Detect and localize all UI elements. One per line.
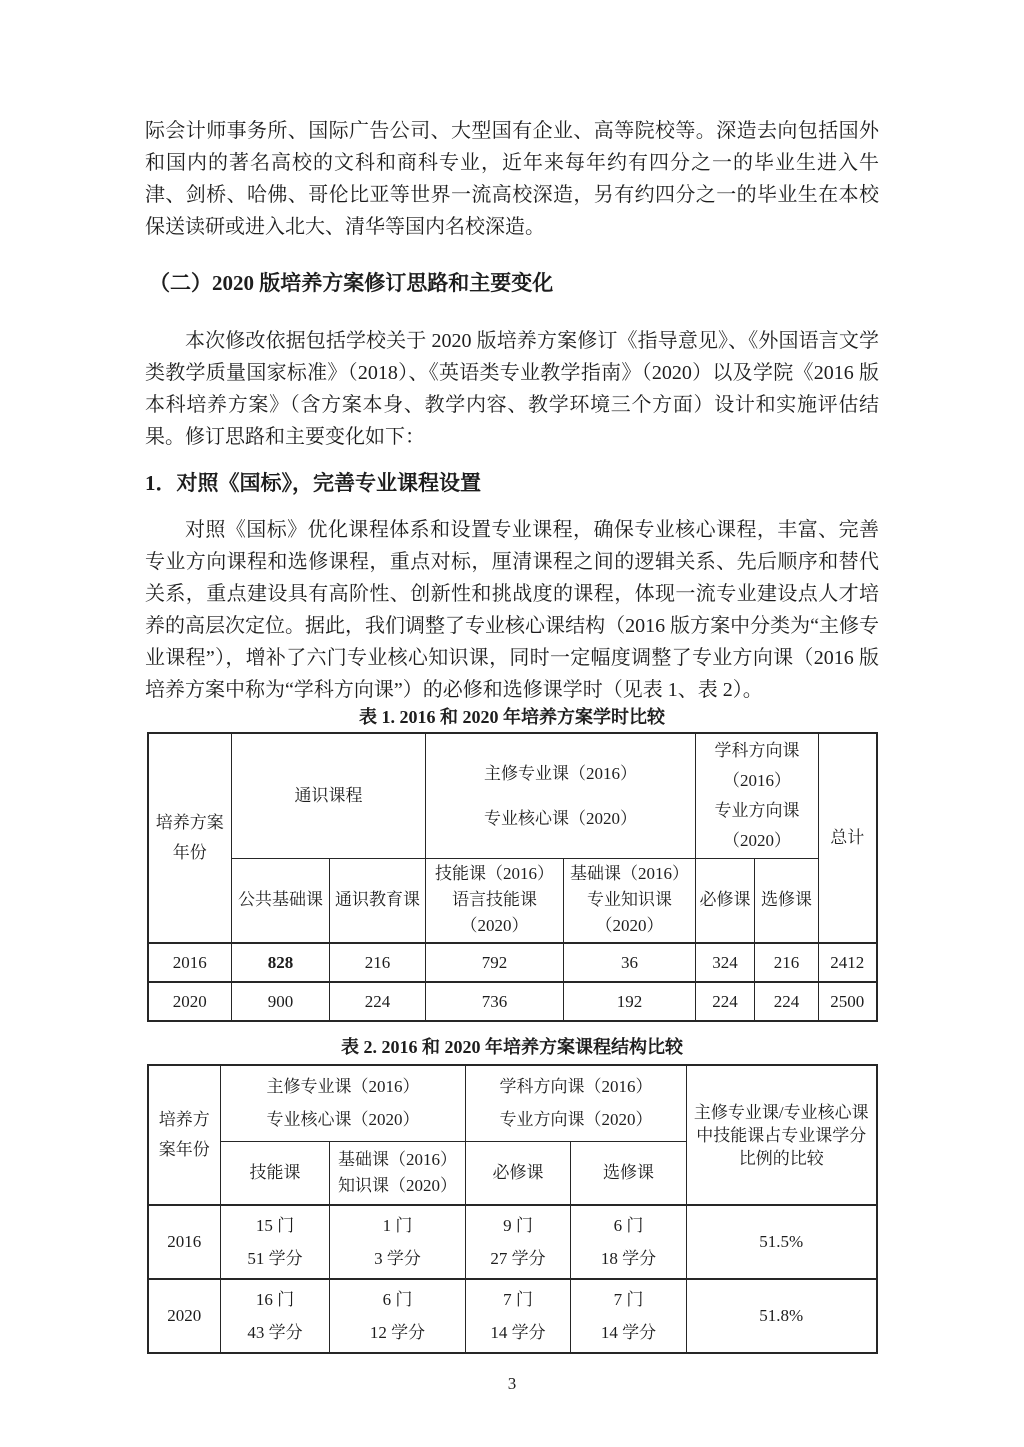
paragraph-revision-basis: 本次修改依据包括学校关于 2020 版培养方案修订《指导意见》、《外国语言文学类… <box>145 325 879 453</box>
table-cell: 51.8% <box>687 1279 877 1353</box>
table2-structure-comparison: 培养方 案年份 主修专业课（2016） 专业核心课（2020） 学科方向课（20… <box>147 1064 878 1354</box>
table-cell: 900 <box>232 982 330 1021</box>
subsection-heading: 1．对照《国标》，完善专业课程设置 <box>145 468 879 498</box>
table-cell: 6 门 18 学分 <box>571 1205 687 1279</box>
table-cell: 16 门 43 学分 <box>221 1279 330 1353</box>
table1-hours-comparison: 培养方案 年份 通识课程 主修专业课（2016） 专业核心课（2020） 学科方… <box>147 732 878 1022</box>
table1-header-general-edu: 通识教育课 <box>330 858 426 943</box>
table2-header-skill: 技能课 <box>221 1141 330 1205</box>
table-cell: 216 <box>330 943 426 982</box>
page-number: 3 <box>145 1374 879 1394</box>
table-cell: 6 门 12 学分 <box>330 1279 466 1353</box>
table-cell: 2016 <box>148 1205 221 1279</box>
table1-header-foundation: 基础课（2016） 专业知识课 （2020） <box>564 858 696 943</box>
table2-header-required: 必修课 <box>466 1141 571 1205</box>
table-cell: 7 门 14 学分 <box>466 1279 571 1353</box>
table1-header-skill: 技能课（2016） 语言技能课 （2020） <box>426 858 564 943</box>
table2-header-foundation: 基础课（2016） 知识课（2020） <box>330 1141 466 1205</box>
table-cell: 2020 <box>148 982 232 1021</box>
table2-header-year: 培养方 案年份 <box>148 1065 221 1205</box>
table2-header-direction-group: 学科方向课（2016） 专业方向课（2020） <box>466 1065 687 1141</box>
table-cell: 7 门 14 学分 <box>571 1279 687 1353</box>
table-cell: 1 门 3 学分 <box>330 1205 466 1279</box>
table1-header-public-basic: 公共基础课 <box>232 858 330 943</box>
table1-header-general-group: 通识课程 <box>232 733 426 858</box>
table-cell: 192 <box>564 982 696 1021</box>
paragraph-continuation: 际会计师事务所、国际广告公司、大型国有企业、高等院校等。深造去向包括国外和国内的… <box>145 115 879 243</box>
table1-caption: 表 1. 2016 和 2020 年培养方案学时比较 <box>145 706 879 728</box>
table2-header-ratio: 主修专业课/专业核心课 中技能课占专业课学分 比例的比较 <box>687 1065 877 1205</box>
table-cell: 51.5% <box>687 1205 877 1279</box>
table-cell: 224 <box>330 982 426 1021</box>
table1-header-major-group: 主修专业课（2016） 专业核心课（2020） <box>426 733 696 858</box>
table-row: 2016 15 门 51 学分 1 门 3 学分 9 门 27 学分 6 门 1… <box>148 1205 877 1279</box>
table2-caption: 表 2. 2016 和 2020 年培养方案课程结构比较 <box>145 1036 879 1058</box>
table1-header-elective: 选修课 <box>755 858 819 943</box>
table-row: 2020 16 门 43 学分 6 门 12 学分 7 门 14 学分 7 门 … <box>148 1279 877 1353</box>
table1-header-required: 必修课 <box>696 858 755 943</box>
section-heading: （二）2020 版培养方案修订思路和主要变化 <box>149 268 879 298</box>
table1-header-year: 培养方案 年份 <box>148 733 232 943</box>
table-cell: 324 <box>696 943 755 982</box>
table-row: 2016 828 216 792 36 324 216 2412 <box>148 943 877 982</box>
table1-header-total: 总计 <box>819 733 877 943</box>
table-cell: 9 门 27 学分 <box>466 1205 571 1279</box>
table-cell: 224 <box>755 982 819 1021</box>
document-page: 际会计师事务所、国际广告公司、大型国有企业、高等院校等。深造去向包括国外和国内的… <box>0 0 1024 1447</box>
table1-header-direction-group: 学科方向课 （2016） 专业方向课 （2020） <box>696 733 819 858</box>
table-cell: 15 门 51 学分 <box>221 1205 330 1279</box>
table-cell: 828 <box>232 943 330 982</box>
table-cell: 216 <box>755 943 819 982</box>
table-cell: 736 <box>426 982 564 1021</box>
table-cell: 2016 <box>148 943 232 982</box>
paragraph-guobiao-courses: 对照《国标》优化课程体系和设置专业课程，确保专业核心课程，丰富、完善专业方向课程… <box>145 514 879 706</box>
table2-header-elective: 选修课 <box>571 1141 687 1205</box>
table2-header-major-group: 主修专业课（2016） 专业核心课（2020） <box>221 1065 466 1141</box>
table-cell: 2020 <box>148 1279 221 1353</box>
table-row: 2020 900 224 736 192 224 224 2500 <box>148 982 877 1021</box>
table-cell: 224 <box>696 982 755 1021</box>
table-cell: 792 <box>426 943 564 982</box>
table-cell: 2500 <box>819 982 877 1021</box>
table-cell: 36 <box>564 943 696 982</box>
table-cell: 2412 <box>819 943 877 982</box>
